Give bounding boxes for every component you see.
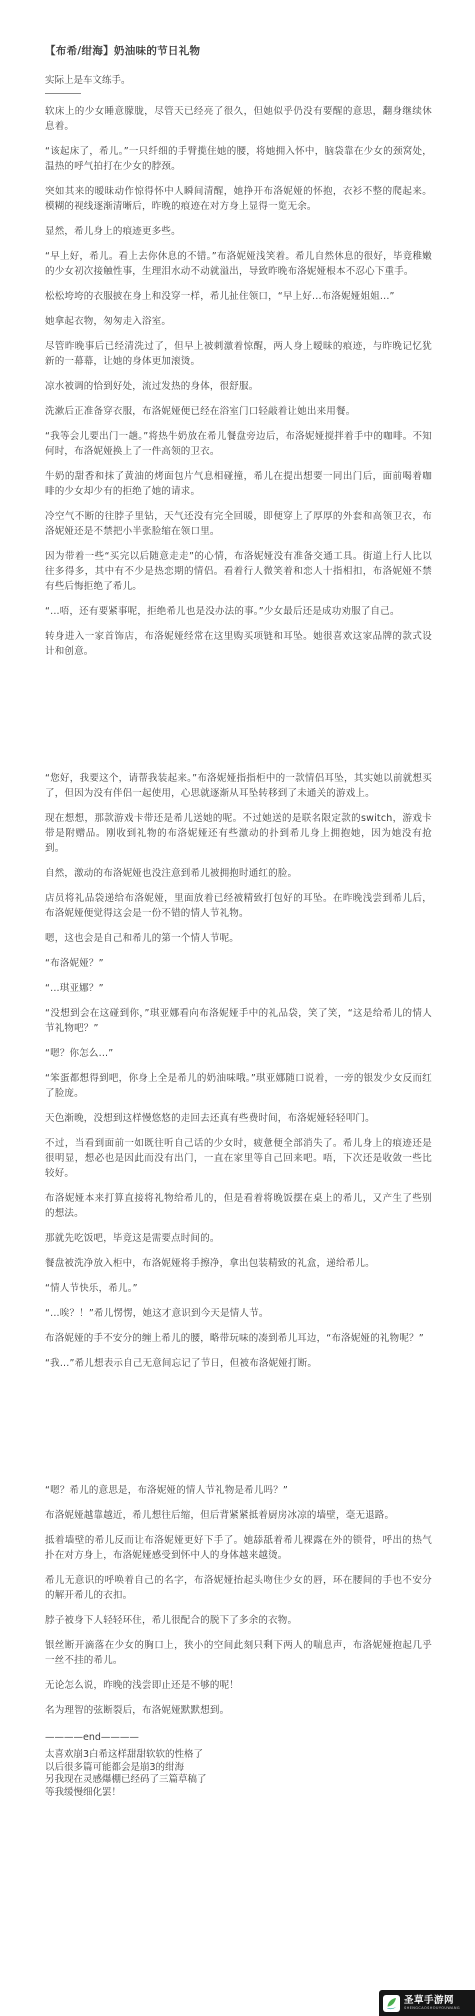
story-paragraph: 她拿起衣物，匆匆走入浴室。 — [45, 314, 432, 329]
leaf-icon — [383, 1995, 400, 2012]
story-paragraph: 因为带着一些“买完以后随意走走”的心情，布洛妮娅没有准备交通工具。街道上行人比以… — [45, 549, 432, 594]
story-paragraph: 转身进入一家首饰店，布洛妮娅经常在这里购买项链和耳坠。她很喜欢这家品牌的款式设计… — [45, 629, 432, 659]
story-title: 【布希/绀海】奶油味的节日礼物 — [45, 43, 432, 58]
story-paragraph: 软床上的少女睡意朦胧，尽管天已经亮了很久，但她似乎仍没有要醒的意思，翻身继续休息… — [45, 104, 432, 134]
story-content: 【布希/绀海】奶油味的节日礼物 实际上是车文练手。 软床上的少女睡意朦胧，尽管天… — [45, 0, 432, 1799]
story-paragraph: 那就先吃饭吧，毕竟这是需要点时间的。 — [45, 1231, 432, 1246]
story-paragraph: 布洛妮娅的手不安分的缠上希儿的腰，略带玩味的凑到希儿耳边，“布洛妮娅的礼物呢？” — [45, 1331, 432, 1346]
story-paragraph: 希儿无意识的呼唤着自己的名字，布洛妮娅抬起头吻住少女的唇，环在腰间的手也不安分的… — [45, 1573, 432, 1603]
afterword-line: 以后很多篇可能都会是崩3的绀海 — [45, 1762, 432, 1775]
story-paragraph: “布洛妮娅？” — [45, 956, 432, 971]
story-paragraph: 突如其来的暧昧动作惊得怀中人瞬间清醒，她挣开布洛妮娅的怀抱，衣衫不整的爬起来。模… — [45, 184, 432, 214]
site-subtext: SHENGCAOSHOUYOUWANG — [404, 2007, 460, 2011]
story-paragraph: 名为理智的弦断裂后，布洛妮娅默默想到。 — [45, 1703, 432, 1718]
end-divider: ————end———— — [45, 1730, 432, 1745]
story-paragraph: “嗯？你怎么...” — [45, 1046, 432, 1061]
story-paragraph: 现在想想，那款游戏卡带还是希儿送她的呢。不过她送的是联名限定款的switch，游… — [45, 811, 432, 856]
story-paragraph: 店员将礼品袋递给布洛妮娅，里面放着已经被精致打包好的耳坠。在昨晚浅尝到希儿后，布… — [45, 891, 432, 921]
story-paragraph: “情人节快乐，希儿。” — [45, 1281, 432, 1296]
afterword: 太喜欢崩3白希这样甜甜软软的性格了 以后很多篇可能都会是崩3的绀海 另我现在灵感… — [45, 1749, 432, 1799]
story-paragraph: 脖子被身下人轻轻环住，希儿很配合的脱下了多余的衣物。 — [45, 1613, 432, 1628]
author-note-intro: 实际上是车文练手。 — [45, 73, 432, 88]
story-paragraph: 嗯，这也会是自己和希儿的第一个情人节呢。 — [45, 931, 432, 946]
afterword-line: 等我缓慢细化罢！ — [45, 1787, 432, 1800]
story-paragraph: 尽管昨晚事后已经清洗过了，但早上被刺激着惊醒，两人身上暧昧的痕迹，与昨晚记忆犹新… — [45, 339, 432, 369]
story-paragraph: “笨蛋都想得到吧，你身上全是希儿的奶油味哦。”琪亚娜随口说着，一旁的银发少女反而… — [45, 1071, 432, 1101]
story-paragraph: 显然，希儿身上的痕迹更多些。 — [45, 224, 432, 239]
story-paragraph: “没想到会在这碰到你，”琪亚娜看向布洛妮娅手中的礼品袋，笑了笑，“这是给希儿的情… — [45, 1006, 432, 1036]
story-paragraph: 松松垮垮的衣服披在身上和没穿一样，希儿扯住领口，“早上好...布洛妮娅姐姐...… — [45, 289, 432, 304]
story-paragraph: 不过，当看到面前一如既往听自己话的少女时，疲惫便全部消失了。希儿身上的痕迹还是很… — [45, 1136, 432, 1181]
story-paragraph: 无论怎么说，昨晚的浅尝即止还是不够的呢！ — [45, 1678, 432, 1693]
story-paragraph: “我等会儿要出门一趟。”将热牛奶放在希儿餐盘旁边后，布洛妮娅搅拌着手中的咖啡。不… — [45, 429, 432, 459]
story-paragraph: 自然，激动的布洛妮娅也没注意到希儿被拥抱时通红的脸。 — [45, 866, 432, 881]
site-name: 圣草手游网 — [404, 1996, 460, 2006]
story-paragraph: 冷空气不断的往脖子里钻，天气还没有完全回暖，即便穿上了厚厚的外套和高领卫衣，布洛… — [45, 509, 432, 539]
story-paragraph: “...唔，还有要紧事呢，拒绝希儿也是没办法的事。”少女最后还是成功劝服了自己。 — [45, 604, 432, 619]
story-paragraph: 布洛妮娅越靠越近，希儿想往后缩，但后背紧紧抵着厨房冰凉的墙壁，毫无退路。 — [45, 1508, 432, 1523]
site-watermark: 圣草手游网 SHENGCAOSHOUYOUWANG — [379, 1990, 475, 2016]
story-paragraph: “您好，我要这个，请帮我装起来。”布洛妮娅指指柜中的一款情侣耳坠，其实她以前就想… — [45, 771, 432, 801]
story-paragraph: 天色渐晚，没想到这样慢悠悠的走回去还真有些费时间，布洛妮娅轻轻叩门。 — [45, 1111, 432, 1126]
story-paragraph: “我...”希儿想表示自己无意间忘记了节日，但被布洛妮娅打断。 — [45, 1356, 432, 1371]
watermark-text: 圣草手游网 SHENGCAOSHOUYOUWANG — [404, 1996, 460, 2011]
story-paragraph: 银丝断开滴落在少女的胸口上，狭小的空间此刻只剩下两人的喘息声，布洛妮娅抱起几乎一… — [45, 1638, 432, 1668]
story-paragraph: 餐盘被洗净放入柜中，布洛妮娅将手擦净，拿出包装精致的礼盒，递给希儿。 — [45, 1256, 432, 1271]
story-paragraph: “早上好，希儿。看上去你休息的不错。”布洛妮娅浅笑着。希儿自然休息的很好，毕竟稚… — [45, 249, 432, 279]
afterword-line: 太喜欢崩3白希这样甜甜软软的性格了 — [45, 1749, 432, 1762]
story-paragraph: “...琪亚娜？” — [45, 981, 432, 996]
story-paragraph: 牛奶的甜香和抹了黄油的烤面包片气息相碰撞，希儿在提出想要一同出门后，面前喝着咖啡… — [45, 469, 432, 499]
story-paragraph: “该起床了，希儿。”一只纤细的手臂揽住她的腰，将她拥入怀中，脑袋靠在少女的颈窝处… — [45, 144, 432, 174]
story-paragraph: 布洛妮娅本来打算直接将礼物给希儿的，但是看着将晚饭摆在桌上的希儿，又产生了些别的… — [45, 1191, 432, 1221]
page: 【布希/绀海】奶油味的节日礼物 实际上是车文练手。 软床上的少女睡意朦胧，尽管天… — [0, 0, 475, 2016]
story-paragraph: “嗯？希儿的意思是，布洛妮娅的情人节礼物是希儿吗？” — [45, 1483, 432, 1498]
story-paragraph: 洗漱后正准备穿衣服，布洛妮娅便已经在浴室门口轻敲着让她出来用餐。 — [45, 404, 432, 419]
story-paragraph: “...唉？！”希儿愣愣，她这才意识到今天是情人节。 — [45, 1306, 432, 1321]
story-paragraph: 凉水被调的恰到好处，流过发热的身体，很舒服。 — [45, 379, 432, 394]
story-paragraph: 抵着墙壁的希儿反而让布洛妮娅更好下手了。她舔舐着希儿裸露在外的锁骨，呼出的热气扑… — [45, 1533, 432, 1563]
afterword-line: 另我现在灵感爆棚已经码了三篇草稿了 — [45, 1774, 432, 1787]
intro-divider — [45, 93, 81, 94]
